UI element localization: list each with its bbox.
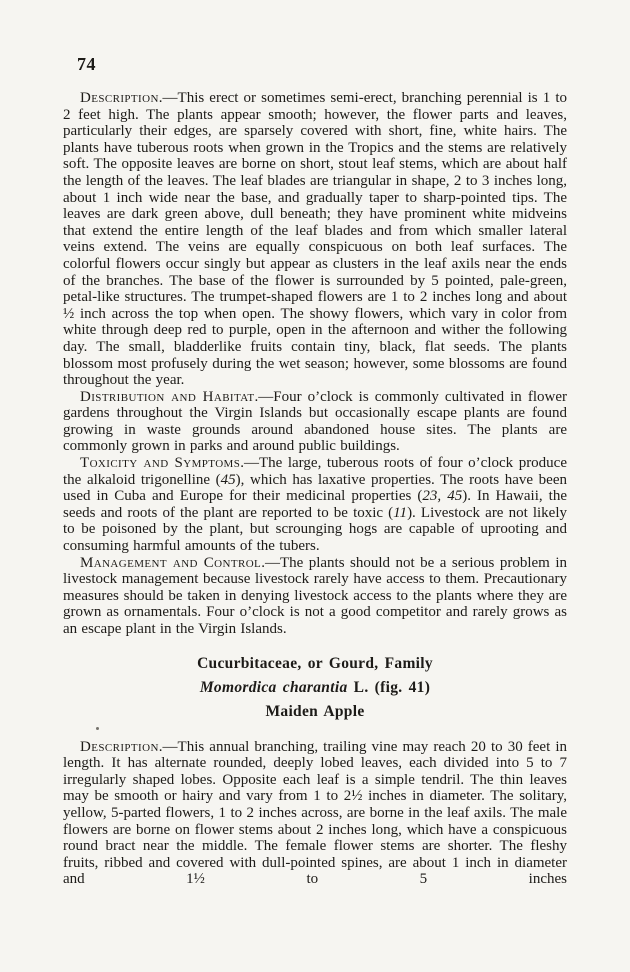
paragraph-description: Description.—This erect or sometimes sem… (63, 90, 567, 389)
species-name: Momordica charantia (200, 679, 348, 696)
heading-line: Cucurbitaceae, or Gourd, Family (63, 652, 567, 676)
book-page: 74 Description.—This erect or sometimes … (0, 0, 630, 972)
reference-number: 45 (221, 472, 236, 488)
heading-text: L. (fig. 41) (348, 679, 431, 696)
paragraph-distribution-and-habitat: Distribution and Habitat.—Four o’clock i… (63, 389, 567, 455)
heading-text: Cucurbitaceae, or Gourd, Family (197, 655, 433, 672)
body-text: This erect or sometimes semi-erect, bran… (63, 90, 567, 388)
label-separator: .— (159, 739, 178, 755)
heading-line: Maiden Apple (63, 700, 567, 724)
section-label: Distribution and Habitat (80, 389, 254, 405)
label-separator: .— (240, 455, 259, 471)
body-text: This annual branching, trailing vine may… (63, 739, 567, 888)
section-label: Toxicity and Symptoms (80, 455, 240, 471)
section-label: Description (80, 90, 159, 106)
family-heading: Cucurbitaceae, or Gourd, FamilyMomordica… (63, 652, 567, 724)
section-label: Description (80, 739, 159, 755)
paragraph-toxicity-and-symptoms: Toxicity and Symptoms.—The large, tubero… (63, 455, 567, 555)
reference-number: 23, 45 (422, 488, 462, 504)
label-separator: .— (261, 555, 280, 571)
label-separator: .— (159, 90, 178, 106)
text-column: Description.—This erect or sometimes sem… (63, 90, 567, 888)
section-label: Management and Control (80, 555, 261, 571)
heading-line: Momordica charantia L. (fig. 41) (63, 676, 567, 700)
heading-text: Maiden Apple (265, 703, 364, 720)
label-separator: .— (254, 389, 273, 405)
page-number: 74 (77, 54, 96, 75)
reference-number: 11 (393, 505, 407, 521)
paragraph-description: Description.—This annual branching, trai… (63, 739, 567, 888)
paragraph-management-and-control: Management and Control.—The plants shoul… (63, 555, 567, 638)
